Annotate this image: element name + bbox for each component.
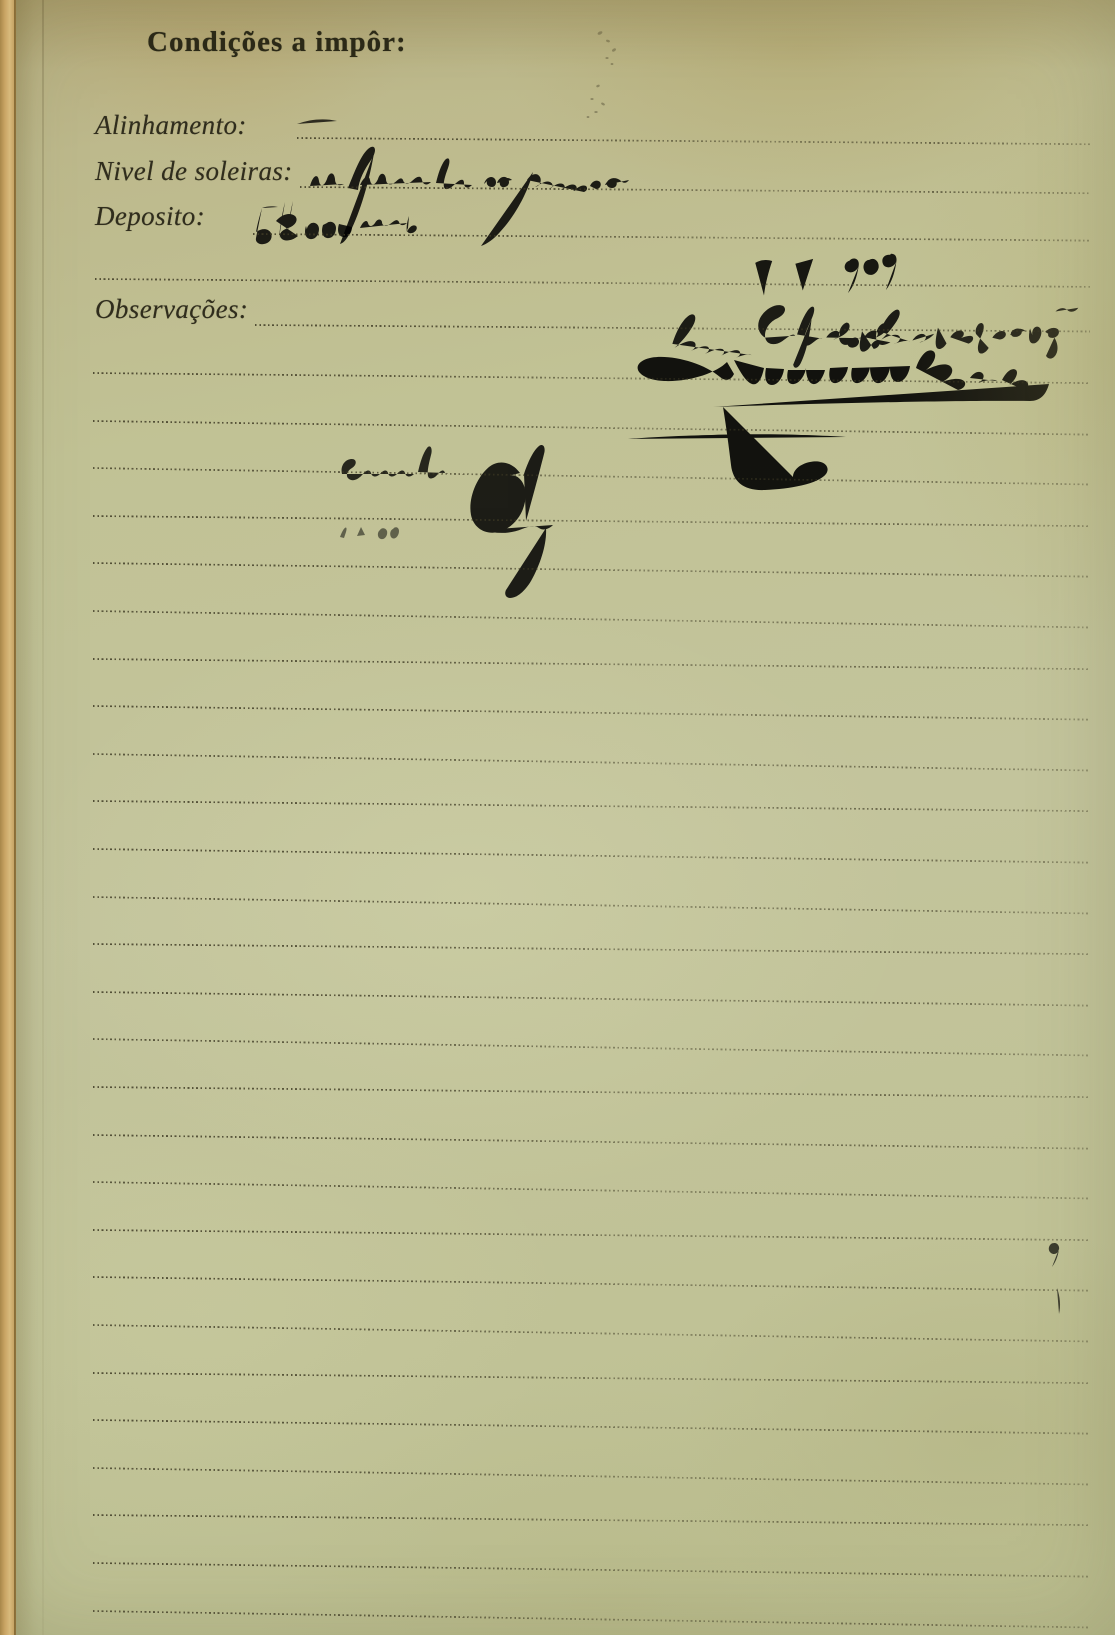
dotted-rule: [93, 896, 1090, 915]
field-label-alinhamento: Alinhamento:: [95, 110, 247, 141]
handwriting-date: [745, 253, 898, 298]
dotted-rule: [93, 1134, 1090, 1150]
dotted-rule: [93, 753, 1090, 772]
dotted-rule: [93, 1086, 1090, 1098]
page-title: Condições a impôr:: [147, 26, 407, 59]
dotted-rule: [93, 420, 1090, 436]
handwriting-alinhamento-value: [297, 119, 337, 124]
dotted-rule: [93, 1562, 1090, 1578]
dotted-rule: [93, 848, 1090, 864]
paper-tear: [1056, 583, 1078, 653]
fold-crease: [42, 0, 44, 1635]
ruled-area: [93, 372, 1090, 1627]
dotted-rule: [93, 1610, 1090, 1629]
dotted-rule: [93, 705, 1090, 721]
dotted-rule: [93, 467, 1090, 486]
dotted-rule: [93, 610, 1090, 629]
field-label-deposito: Deposito:: [95, 201, 205, 232]
dotted-rule: [93, 991, 1090, 1007]
dotted-rule: [93, 1467, 1090, 1486]
dotted-rule: [93, 1419, 1090, 1435]
dotted-rule: [93, 1514, 1090, 1526]
dotted-rule: [93, 1276, 1090, 1292]
dotted-rule: [93, 943, 1090, 955]
field-label-observacoes: Observações:: [95, 294, 248, 325]
binding-edge: [0, 0, 16, 1635]
dotted-rule: [93, 372, 1090, 384]
field-label-nivel-de-soleiras: Nivel de soleiras:: [95, 156, 293, 187]
dotted-rule: [93, 800, 1090, 812]
document-page: Condições a impôr: Alinhamento: Nivel de…: [0, 0, 1115, 1635]
handwriting-deposito-value: [256, 201, 417, 244]
dotted-rule: [93, 515, 1090, 527]
dotted-rule: [93, 562, 1090, 578]
dotted-rule: [93, 1038, 1090, 1057]
ink-smudge: [587, 30, 617, 118]
dotted-rule: [93, 1181, 1090, 1200]
dotted-rule: [93, 1372, 1090, 1384]
dotted-rule: [93, 1229, 1090, 1241]
dotted-rule: [93, 658, 1090, 670]
dotted-rule: [93, 1324, 1090, 1343]
handwriting-nivel-value: [310, 147, 629, 246]
handwriting-by-line: [671, 295, 1080, 372]
